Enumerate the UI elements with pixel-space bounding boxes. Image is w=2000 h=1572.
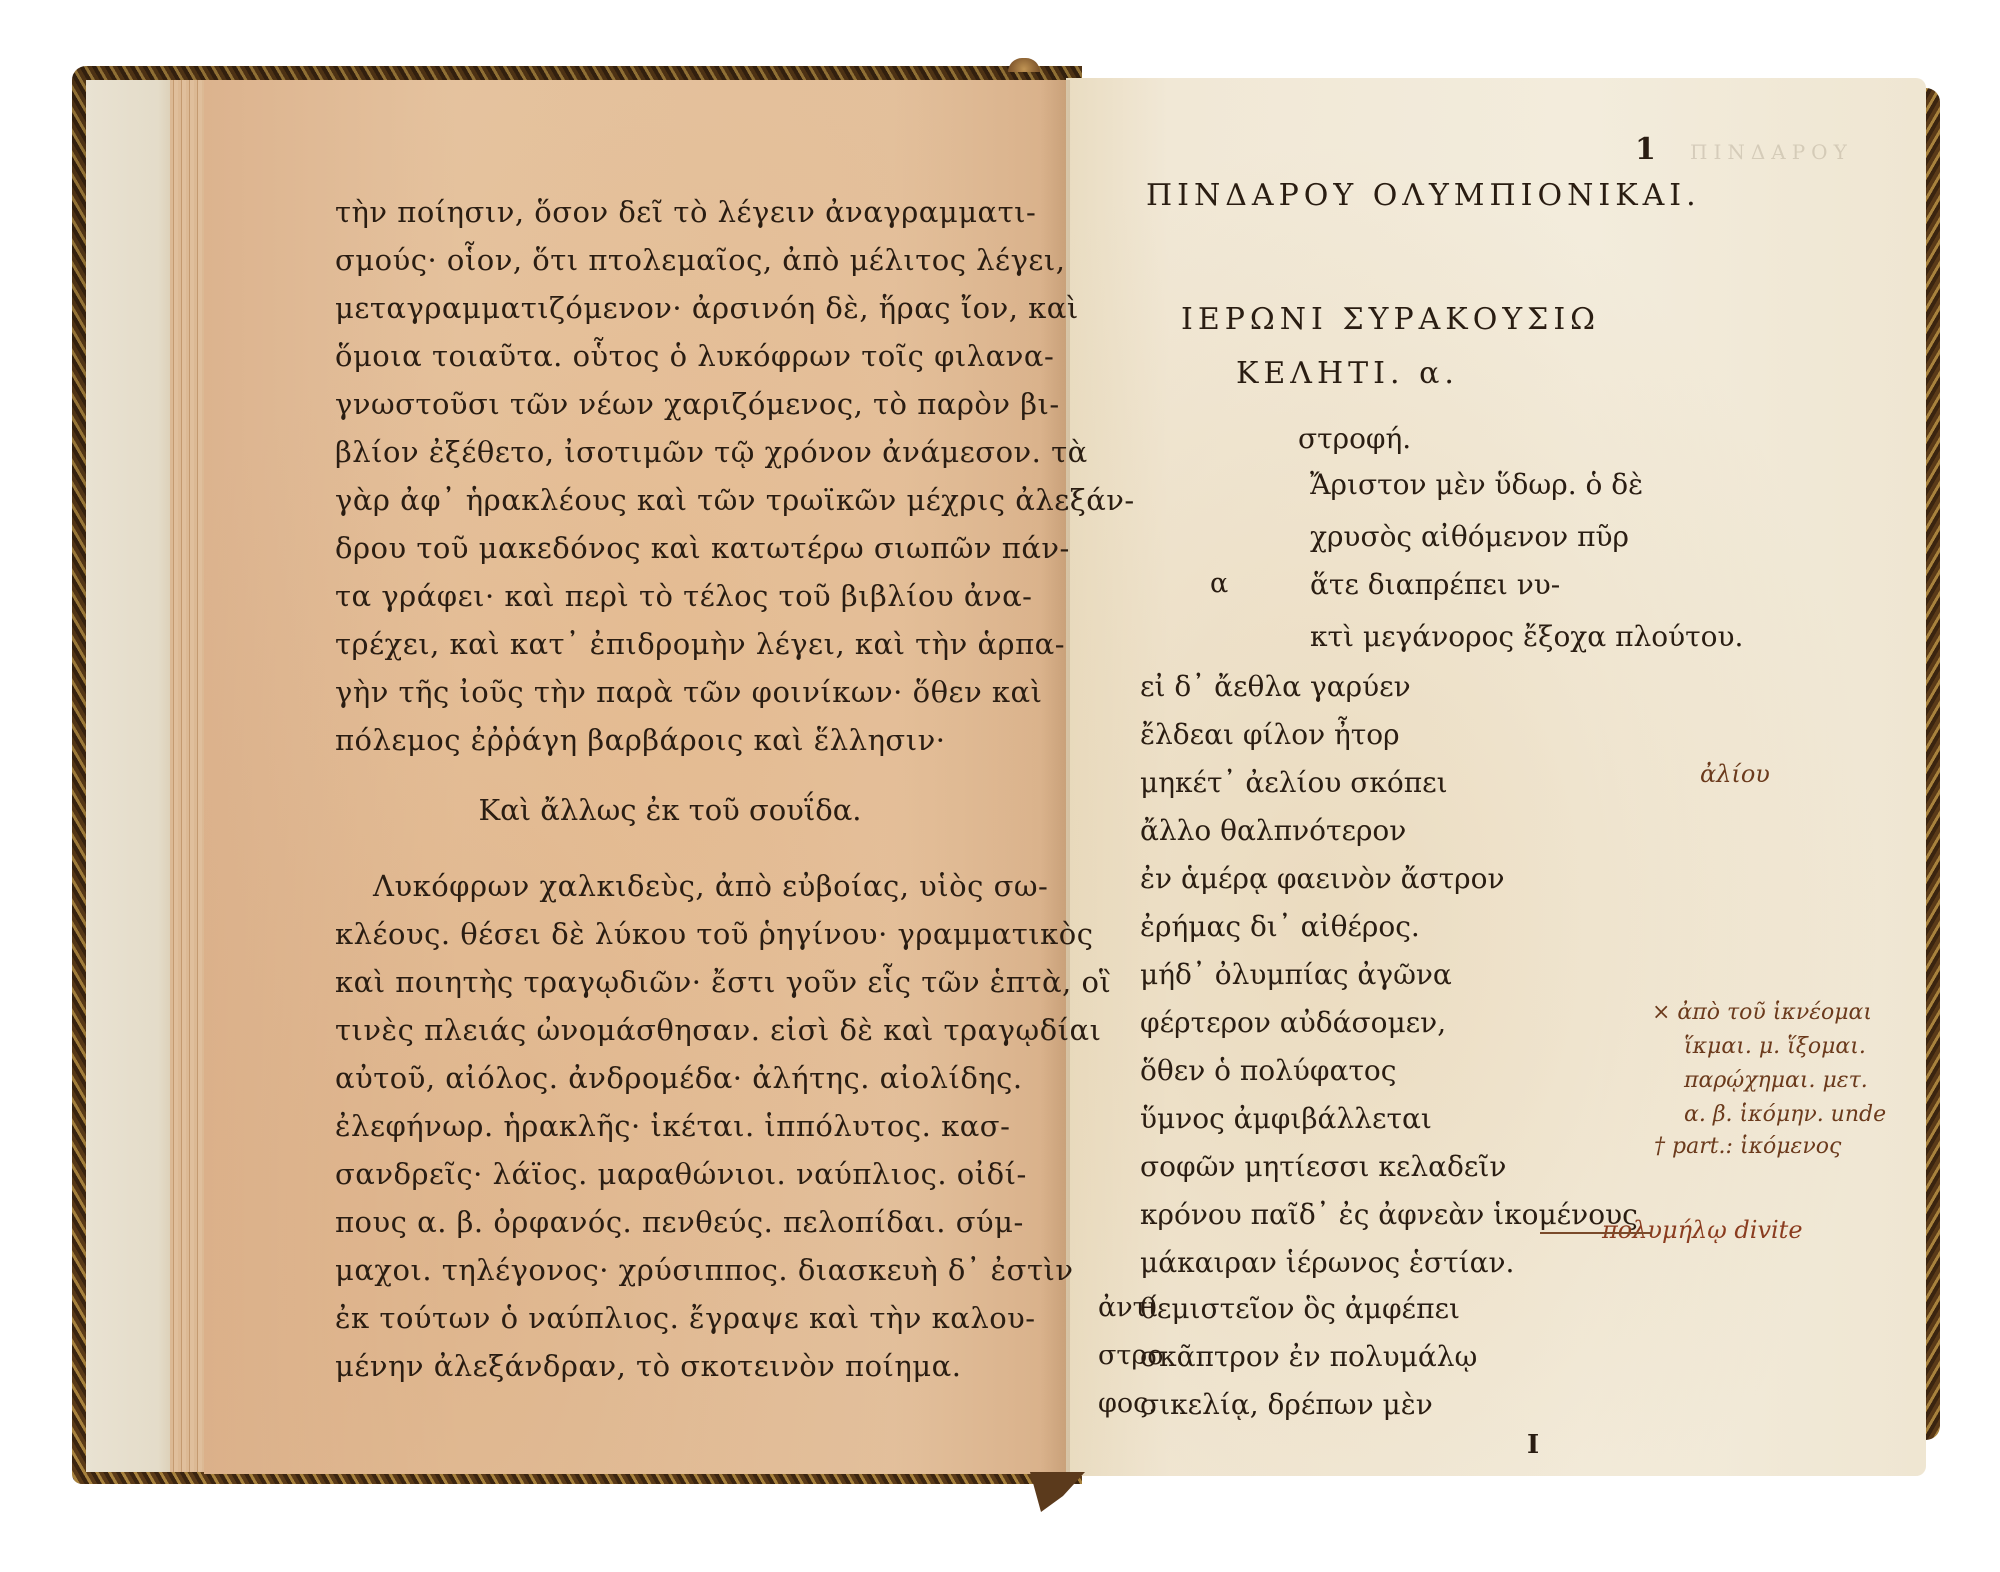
verse-line: ἅτε διαπρέπει νυ- (1310, 568, 1560, 601)
verse-line: ἐν ἁμέρᾳ φαεινὸν ἄστρον (1140, 862, 1504, 895)
dedication-line-1: ΙΕΡΩΝΙ ΣΥΡΑΚΟΥΣΙΩ (1181, 302, 1600, 337)
marginal-note-line: α. β. ἱκόμην. unde (1684, 1102, 1886, 1127)
verse-line: ἐρήμας δι᾽ αἰθέρος. (1140, 910, 1420, 943)
text-line: κλέους. θέσει δὲ λύκου τοῦ ῥηγίνου· γραμ… (335, 910, 1005, 958)
page-title: ΠΙΝΔΑΡΟΥ ΟΛΥΜΠΙΟΝΙΚΑΙ. (1146, 178, 1701, 213)
verse-line: μήδ᾽ ὀλυμπίας ἀγῶνα (1140, 958, 1452, 991)
left-page-text: τὴν ποίησιν, ὅσον δεῖ τὸ λέγειν ἀναγραμμ… (335, 188, 1005, 1390)
endpaper (86, 80, 176, 1472)
verse-line: ὅθεν ὁ πολύφατος (1140, 1054, 1396, 1087)
dedication-line-2: ΚΕΛΗΤΙ. α. (1236, 356, 1459, 391)
text-line: μαχοι. τηλέγονος· χρύσιππος. διασκευὴ δ᾽… (335, 1246, 1005, 1294)
verse-line: κρόνου παῖδ᾽ ἐς ἀφνεὰν ἱκομένους (1140, 1198, 1638, 1231)
verse-line: θεμιστεῖον ὃς ἀμφέπει (1140, 1292, 1460, 1325)
verse-line: σικελίᾳ, δρέπων μὲν (1140, 1388, 1433, 1421)
signature-mark: I (1527, 1430, 1539, 1460)
marginal-note-alios: ἀλίου (1700, 760, 1770, 788)
text-line: αὐτοῦ, αἰόλος. ἀνδρομέδα· ἀλήτης. αἰολίδ… (335, 1054, 1005, 1102)
marginal-note-line: ἵκμαι. μ. ἵξομαι. (1684, 1034, 1866, 1059)
text-line: γὴν τῆς ἰοῦς τὴν παρὰ τῶν φοινίκων· ὅθεν… (335, 668, 1005, 716)
text-line: τα γράφει· καὶ περὶ τὸ τέλος τοῦ βιβλίου… (335, 572, 1005, 620)
verse-line: κτὶ μεγάνορος ἔξοχα πλούτου. (1310, 620, 1743, 653)
verse-line: μηκέτ᾽ ἀελίου σκόπει (1140, 766, 1448, 799)
verse-line: σκᾶπτρον ἐν πολυμάλῳ (1140, 1340, 1477, 1373)
text-line: ὅμοια τοιαῦτα. οὗτος ὁ λυκόφρων τοῖς φιλ… (335, 332, 1005, 380)
text-line: τρέχει, καὶ κατ᾽ ἐπιδρομὴν λέγει, καὶ τὴ… (335, 620, 1005, 668)
verse-line: σοφῶν μητίεσσι κελαδεῖν (1140, 1150, 1506, 1183)
verse-line: ἄλλο θαλπνότερον (1140, 814, 1406, 847)
marginal-note-line: παρῴχημαι. μετ. (1684, 1068, 1868, 1093)
marginal-note-line: † part.: ἱκόμενος (1654, 1134, 1841, 1159)
text-line: ἐλεφήνωρ. ἡρακλῆς· ἱκέται. ἱππόλυτος. κα… (335, 1102, 1005, 1150)
verse-line: χρυσὸς αἰθόμενον πῦρ (1310, 520, 1629, 553)
spine-head-cap (1008, 58, 1040, 72)
verse-line: Ἄριστον μὲν ὕδωρ. ὁ δὲ (1310, 468, 1643, 501)
verse-line: φέρτερον αὐδάσομεν, (1140, 1006, 1446, 1039)
verse-line: εἰ δ᾽ ἄεθλα γαρύεν (1140, 670, 1411, 703)
text-line: ἐκ τούτων ὁ ναύπλιος. ἔγραψε καὶ τὴν καλ… (335, 1294, 1005, 1342)
text-line: καὶ ποιητὴς τραγῳδιῶν· ἔστι γοῦν εἷς τῶν… (335, 958, 1005, 1006)
text-line: πόλεμος ἐῤῥάγη βαρβάροις καὶ ἕλλησιν· (335, 716, 1005, 764)
margin-alpha: α (1210, 568, 1228, 599)
text-line: βλίον ἐξέθετο, ἰσοτιμῶν τῷ χρόνον ἀνάμεσ… (335, 428, 1005, 476)
verse-line: μάκαιραν ἱέρωνος ἑστίαν. (1140, 1246, 1514, 1279)
text-line: Λυκόφρων χαλκιδεὺς, ἀπὸ εὐβοίας, υἱὸς σω… (335, 862, 1005, 910)
section-heading: Καὶ ἄλλως ἐκ τοῦ σουΐδα. (335, 786, 1005, 834)
text-line: πους α. β. ὀρφανός. πενθεύς. πελοπίδαι. … (335, 1198, 1005, 1246)
verse-line: ἔλδεαι φίλον ἦτορ (1140, 718, 1400, 751)
marginal-note-line: × ἀπὸ τοῦ ἱκνέομαι (1652, 1000, 1872, 1025)
text-line: σανδρεῖς· λάϊος. μαραθώνιοι. ναύπλιος. ο… (335, 1150, 1005, 1198)
text-line: μεταγραμματιζόμενον· ἀρσινόη δὲ, ἥρας ἴο… (335, 284, 1005, 332)
underline-mark (1540, 1232, 1652, 1234)
strophe-label: στροφή. (1298, 422, 1411, 455)
text-line: γνωστοῦσι τῶν νέων χαριζόμενος, τὸ παρὸν… (335, 380, 1005, 428)
marginal-note-polymelo: πολυμήλῳ divite (1602, 1216, 1803, 1244)
verse-line: ὕμνος ἀμφιβάλλεται (1140, 1102, 1432, 1135)
text-line: τινὲς πλειάς ὠνομάσθησαν. εἰσὶ δὲ καὶ τρ… (335, 1006, 1005, 1054)
show-through-running-head: ΠΙΝΔΑΡΟΥ (1690, 140, 1853, 164)
page-number: 1 (1635, 132, 1656, 167)
text-line: γὰρ ἀφ᾽ ἡρακλέους καὶ τῶν τρωϊκῶν μέχρις… (335, 476, 1005, 524)
binding-torn-flap (1030, 1472, 1085, 1512)
text-line: σμούς· οἷον, ὅτι πτολεμαῖος, ἀπὸ μέλιτος… (335, 236, 1005, 284)
text-line: δρου τοῦ μακεδόνος καὶ κατωτέρω σιωπῶν π… (335, 524, 1005, 572)
text-line: τὴν ποίησιν, ὅσον δεῖ τὸ λέγειν ἀναγραμμ… (335, 188, 1005, 236)
text-line: μένην ἀλεξάνδραν, τὸ σκοτεινὸν ποίημα. (335, 1342, 1005, 1390)
